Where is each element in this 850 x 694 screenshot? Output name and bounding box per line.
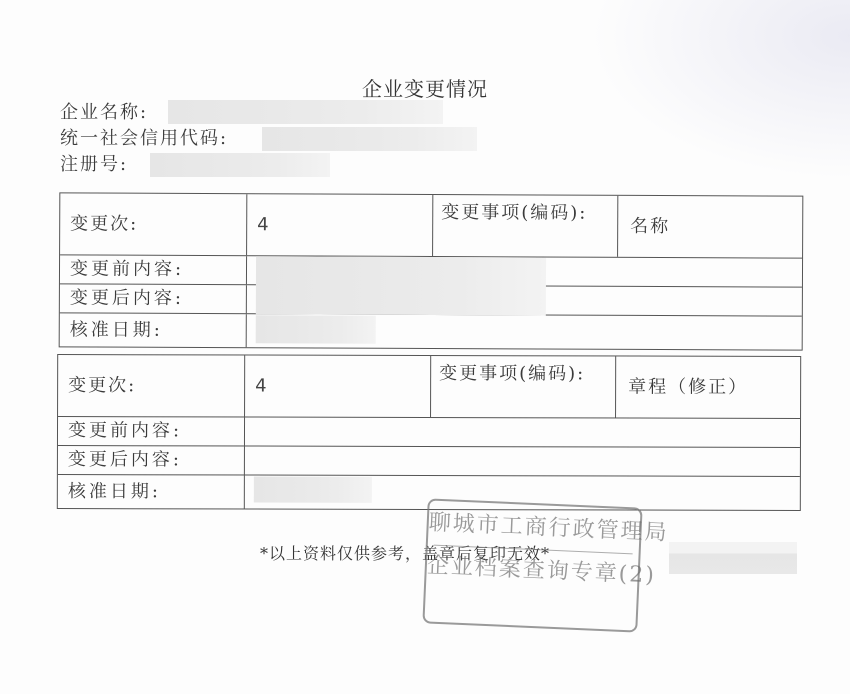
company-name-label: 企业名称: [60, 102, 148, 123]
before-content-value [245, 418, 800, 447]
stamp-line-purpose: 企业档案查询专章(2) [426, 547, 638, 594]
credit-code-line: 统一社会信用代码: [60, 124, 228, 150]
change-record-table-1: 变更次: 4 变更事项(编码): 名称 变更前内容: 变更后内容: 核准日期: [59, 192, 804, 350]
approval-date-label: 核准日期: [58, 475, 245, 508]
stamp-line-authority: 聊城市工商行政管理局 [428, 504, 640, 551]
change-count-label: 变更次: [58, 355, 245, 416]
record-header-row: 变更次: 4 变更事项(编码): 章程（修正） [58, 355, 800, 419]
date-redacted [256, 315, 376, 344]
reg-no-redacted [150, 153, 330, 177]
scan-noise [590, 0, 850, 180]
approval-date-row: 核准日期: [60, 313, 802, 349]
after-content-label: 变更后内容: [58, 446, 245, 474]
official-seal-stamp: 聊城市工商行政管理局 企业档案查询专章(2) [422, 498, 642, 632]
change-item-label: 变更事项(编码): [433, 195, 618, 257]
content-redacted [256, 256, 546, 315]
company-name-line: 企业名称: [60, 98, 148, 124]
credit-code-redacted [262, 127, 477, 151]
record-header-row: 变更次: 4 变更事项(编码): 名称 [60, 193, 802, 258]
credit-code-label: 统一社会信用代码: [60, 128, 228, 149]
change-item-value: 章程（修正） [616, 356, 800, 417]
change-count-value: 4 [247, 194, 433, 256]
before-content-label: 变更前内容: [58, 417, 245, 445]
document-title: 企业变更情况 [362, 73, 488, 102]
after-content-value [245, 447, 800, 476]
after-content-label: 变更后内容: [60, 284, 247, 313]
footer-redacted [669, 542, 797, 574]
reg-no-label: 注册号: [60, 154, 128, 175]
change-record-table-2: 变更次: 4 变更事项(编码): 章程（修正） 变更前内容: 变更后内容: 核准… [57, 354, 801, 511]
company-name-redacted [168, 100, 443, 124]
change-count-label: 变更次: [60, 193, 247, 255]
date-redacted [254, 477, 372, 503]
change-item-value: 名称 [618, 196, 802, 258]
before-content-row: 变更前内容: [58, 417, 800, 448]
change-item-label: 变更事项(编码): [431, 356, 616, 417]
before-content-label: 变更前内容: [60, 255, 247, 284]
after-content-row: 变更后内容: [58, 446, 800, 477]
approval-date-label: 核准日期: [60, 313, 247, 347]
change-count-value: 4 [245, 356, 431, 417]
reg-no-line: 注册号: [60, 150, 128, 176]
